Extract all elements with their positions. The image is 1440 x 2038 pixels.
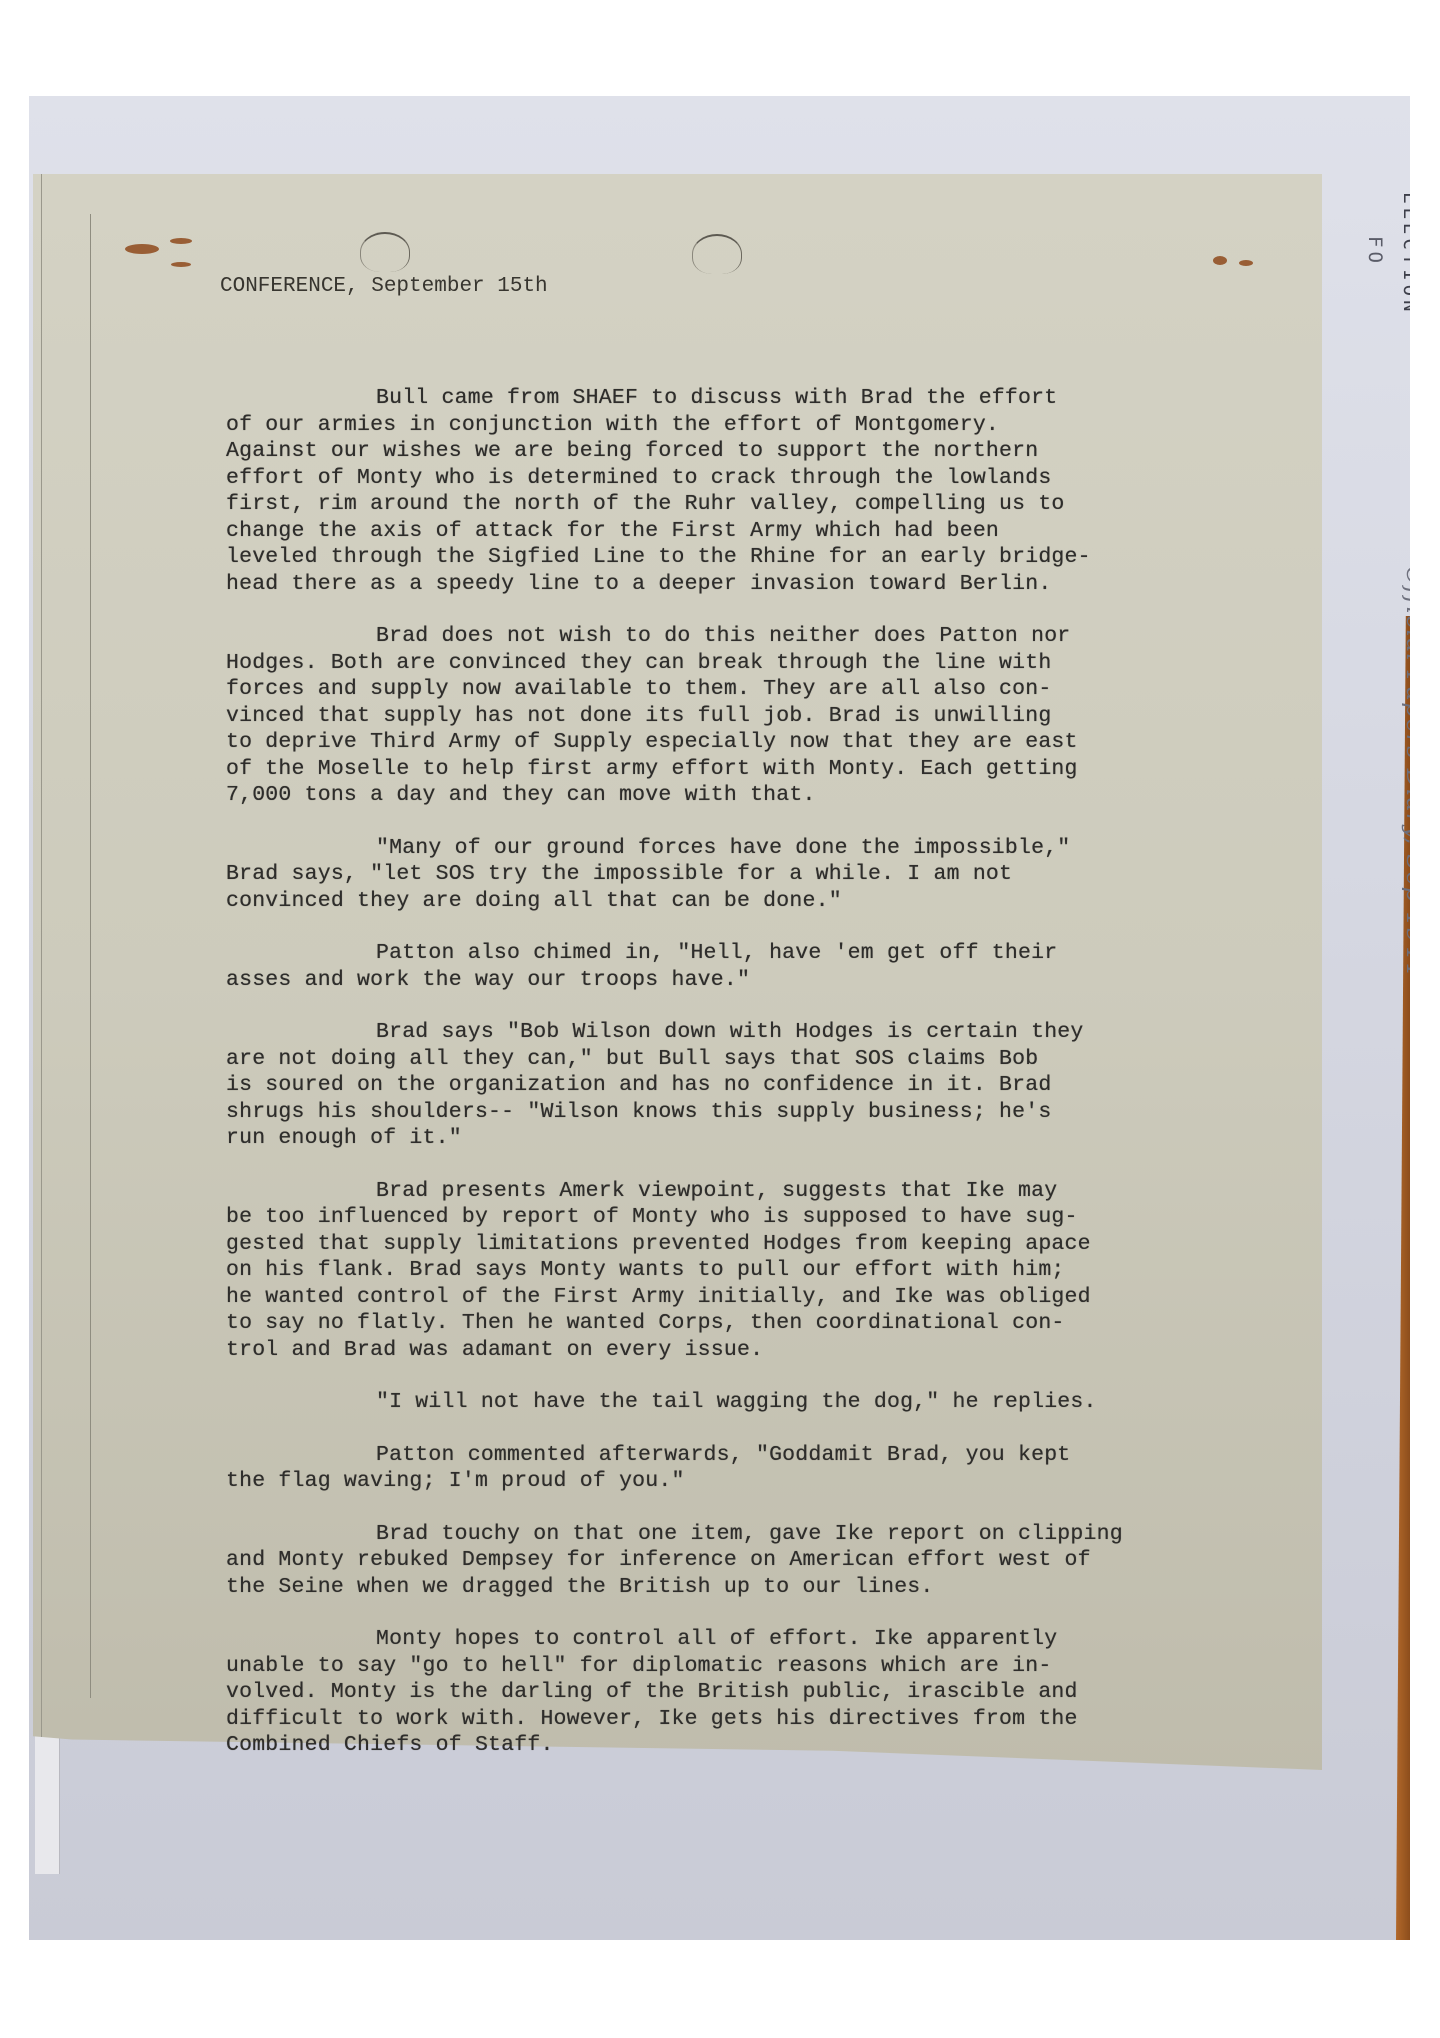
paragraph: Monty hopes to control all of effort. Ik… bbox=[226, 1626, 1246, 1759]
rust-stain bbox=[1213, 256, 1227, 265]
stacked-sheet-edges bbox=[41, 174, 102, 1738]
paragraph: Patton commented afterwards, "Goddamit B… bbox=[226, 1442, 1246, 1495]
punch-hole-right bbox=[692, 234, 742, 274]
rust-stain bbox=[171, 262, 191, 267]
document-heading: CONFERENCE, September 15th bbox=[220, 275, 548, 298]
paragraph: Brad does not wish to do this neither do… bbox=[226, 623, 1246, 809]
paragraph: "I will not have the tail wagging the do… bbox=[226, 1389, 1246, 1416]
paragraph: Brad presents Amerk viewpoint, suggests … bbox=[226, 1178, 1246, 1364]
punch-hole-left bbox=[360, 232, 410, 272]
rust-stain bbox=[125, 244, 159, 254]
rust-stain bbox=[170, 238, 192, 244]
paragraph: Patton also chimed in, "Hell, have 'em g… bbox=[226, 940, 1246, 993]
paragraph: Brad says "Bob Wilson down with Hodges i… bbox=[226, 1019, 1246, 1152]
typed-body: Bull came from SHAEF to discuss with Bra… bbox=[226, 385, 1246, 1785]
archive-collection-stamp-partial: FO bbox=[1364, 236, 1386, 267]
paragraph: Bull came from SHAEF to discuss with Bra… bbox=[226, 385, 1246, 597]
archive-collection-stamp: LLECTION bbox=[1399, 192, 1410, 316]
paragraph: "Many of our ground forces have done the… bbox=[226, 835, 1246, 915]
rust-stain bbox=[1239, 260, 1253, 266]
paragraph: Brad touchy on that one item, gave Ike r… bbox=[226, 1521, 1246, 1601]
handwritten-annotation: Official Papers-Diary, Sep 1944 bbox=[1401, 566, 1410, 977]
